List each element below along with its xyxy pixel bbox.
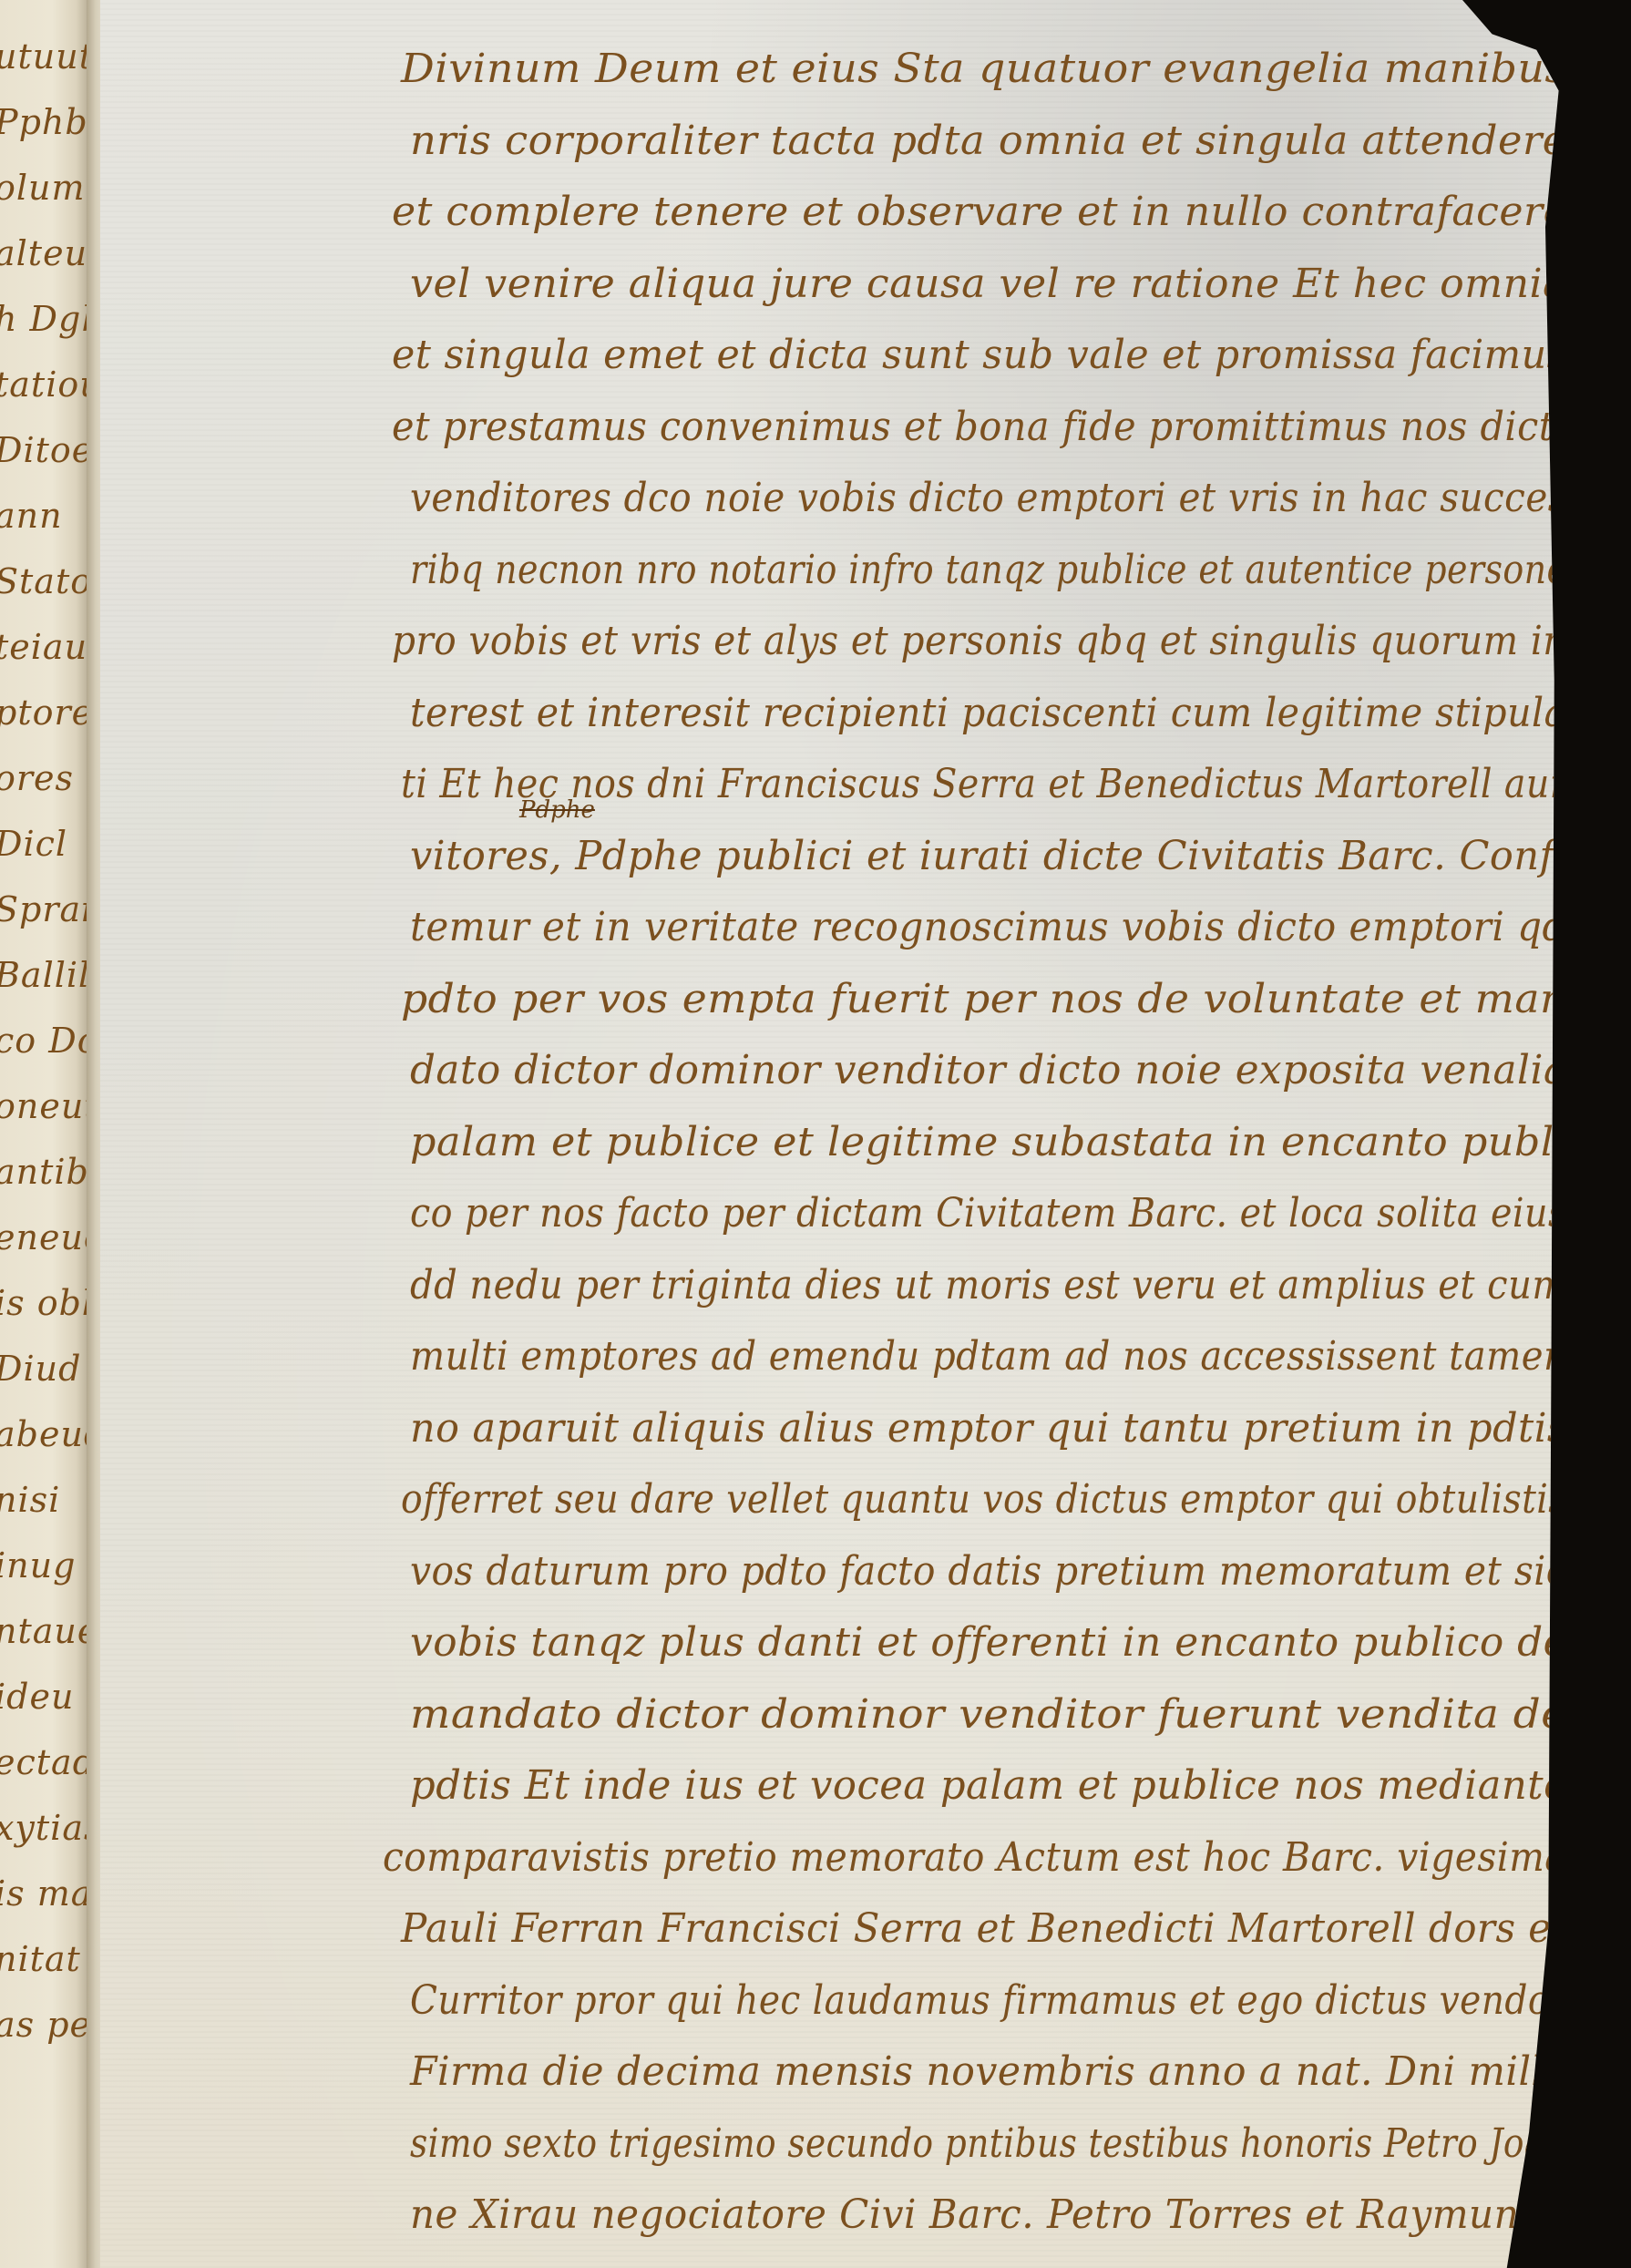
manuscript-line: pro vobis et vris et alys et personis qb… <box>392 618 1567 664</box>
manuscript-line: vos daturum pro pdto facto datis pretium… <box>410 1548 1567 1595</box>
left-page-fragment: alteun <box>0 233 86 273</box>
left-page-fragment: Dicl <box>0 824 86 864</box>
left-page-fragment: is obl <box>0 1283 86 1323</box>
manuscript-line: co per nos facto per dictam Civitatem Ba… <box>410 1190 1567 1237</box>
left-page-fragment: inug <box>0 1545 86 1586</box>
left-page-fragment: co Dolf <box>0 1021 86 1061</box>
left-page-fragment: ann <box>0 496 86 536</box>
manuscript-line: nris corporaliter tacta pdta omnia et si… <box>410 118 1567 164</box>
manuscript-line: et complere tenere et observare et in nu… <box>392 189 1567 235</box>
left-page-fragment: Ballil <box>0 955 86 995</box>
manuscript-line: dato dictor dominor venditor dicto noie … <box>410 1047 1567 1093</box>
left-page-fragment: ores a <box>0 758 86 798</box>
manuscript-line: et singula emet et dicta sunt sub vale e… <box>392 332 1567 378</box>
left-page-fragment: nisi <box>0 1480 86 1520</box>
manuscript-line: ribq necnon nro notario infro tanqz publ… <box>410 547 1567 593</box>
left-page-fragment: Diud <box>0 1349 86 1389</box>
manuscript-line: Pauli Ferran Francisci Serra et Benedict… <box>401 1905 1567 1952</box>
left-page-fragment: olumu <box>0 168 86 208</box>
left-page-fragment: ntaue <box>0 1611 86 1651</box>
left-page-fragment: eneue <box>0 1217 86 1257</box>
manuscript-line: pdto per vos empta fuerit per nos de vol… <box>401 976 1567 1022</box>
left-page-fragment: utuut <box>0 36 86 77</box>
manuscript-line: comparavistis pretio memorato Actum est … <box>383 1834 1567 1881</box>
left-page-fragment: antib <box>0 1152 86 1192</box>
manuscript-line: temur et in veritate recognoscimus vobis… <box>410 904 1567 950</box>
manuscript-line: Divinum Deum et eius Sta quatuor evangel… <box>401 46 1567 92</box>
manuscript-line: ne Xirau negociatore Civi Barc. Petro To… <box>410 2191 1567 2238</box>
manuscript-line: terest et interesit recipienti paciscent… <box>410 690 1567 736</box>
interlinear-insertion: Pdphe <box>519 796 595 824</box>
left-page-fragment: ideu <box>0 1677 86 1717</box>
manuscript-line: palam et publice et legitime subastata i… <box>410 1119 1567 1165</box>
manuscript-line: Curritor pror qui hec laudamus firmamus … <box>410 1977 1567 2024</box>
left-page-fragment: xytias <box>0 1808 86 1848</box>
manuscript-line: et prestamus convenimus et bona fide pro… <box>392 404 1567 450</box>
left-page-fragment: nitat <box>0 1939 86 1979</box>
manuscript-line: no aparuit aliquis alius emptor qui tant… <box>410 1405 1567 1452</box>
left-page-fragment: tatioud <box>0 364 86 405</box>
left-page-fragment: ectad <box>0 1742 86 1782</box>
manuscript-line: vobis tanqz plus danti et offerenti in e… <box>410 1619 1567 1666</box>
left-page-fragment: h Dgh <box>0 299 86 339</box>
manuscript-line: simo sexto trigesimo secundo pntibus tes… <box>410 2120 1567 2167</box>
left-page-fragment: as per <box>0 2005 86 2045</box>
left-page-fragment: abeud <box>0 1414 86 1454</box>
left-page-fragment: teiautt <box>0 627 86 667</box>
left-page-fragment: oneut <box>0 1086 86 1126</box>
manuscript-line: multi emptores ad emendu pdtam ad nos ac… <box>410 1333 1567 1380</box>
manuscript-page: Divinum Deum et eius Sta quatuor evangel… <box>100 0 1581 2268</box>
manuscript-line: pdtis Et inde ius et vocea palam et publ… <box>410 1762 1567 1809</box>
left-page-fragment: Pphbu <box>0 102 86 142</box>
left-page-fragment: Stato <box>0 561 86 601</box>
manuscript-line: vel venire aliqua jure causa vel re rati… <box>410 261 1567 307</box>
left-facing-page: utuutPphbuolumualteunh DghtatioudDitoeua… <box>0 0 87 2268</box>
left-page-fragment: ptores <box>0 693 86 733</box>
manuscript-line: venditores dco noie vobis dicto emptori … <box>410 475 1567 521</box>
manuscript-line: Firma die decima mensis novembris anno a… <box>410 2048 1567 2095</box>
left-page-fragment: Spraiu <box>0 889 86 929</box>
manuscript-line: vitores, Pdphe publici et iurati dicte C… <box>410 833 1567 879</box>
manuscript-line: mandato dictor dominor venditor fuerunt … <box>410 1691 1566 1738</box>
manuscript-line: dd nedu per triginta dies ut moris est v… <box>410 1262 1567 1308</box>
left-page-fragment: is ma <box>0 1873 86 1914</box>
manuscript-line: offerret seu dare vellet quantu vos dict… <box>401 1476 1567 1523</box>
left-page-fragment: Ditoeu <box>0 430 86 470</box>
